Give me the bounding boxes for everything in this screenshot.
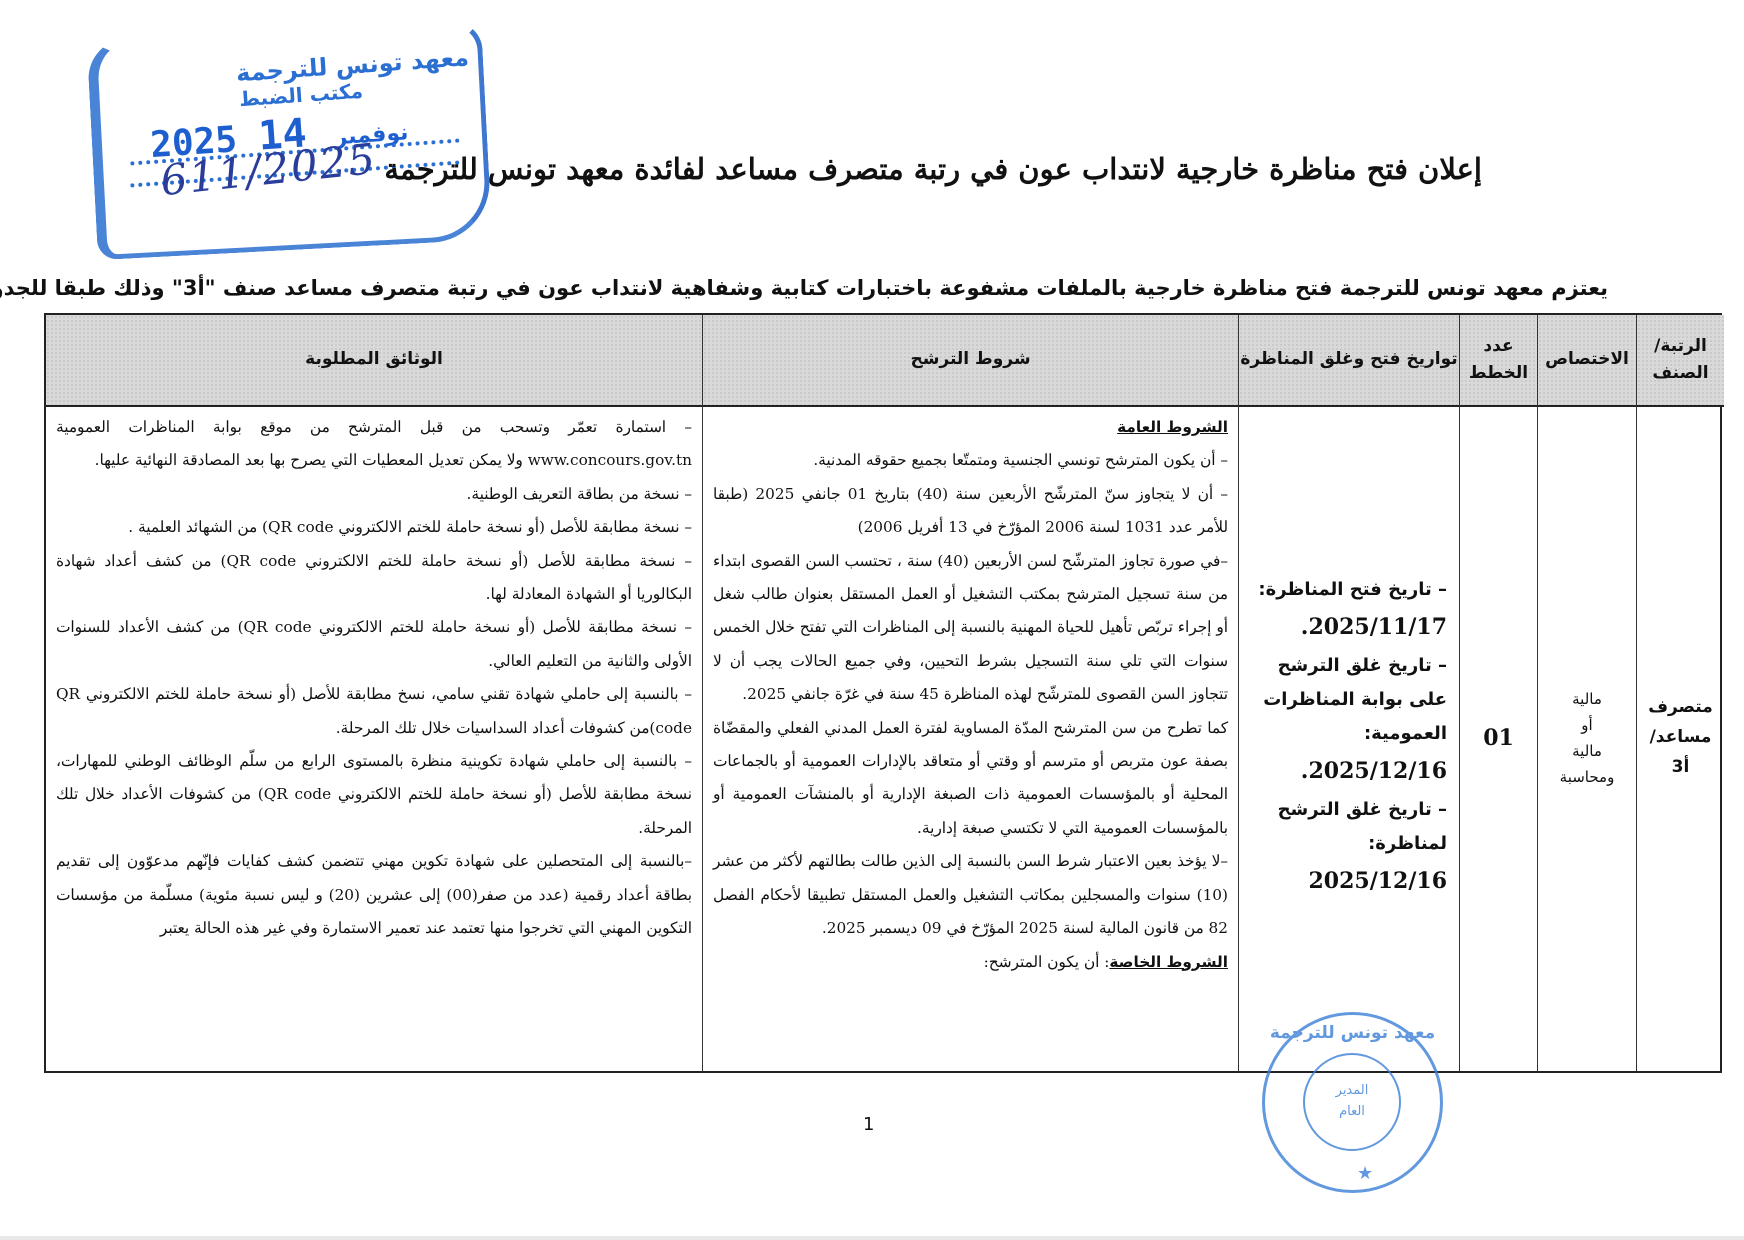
condition-item: كما تطرح من سن المترشح المدّة المساوية ل… (713, 712, 1228, 846)
date-value: 2025/11/17. (1251, 607, 1447, 649)
official-round-stamp: معهد تونس للترجمة المدير العام ★ (1262, 1012, 1443, 1193)
cell-positions: 01 (1460, 405, 1537, 1071)
cell-dates: – تاريخ فتح المناظرة: 2025/11/17. – تاري… (1239, 405, 1459, 1071)
document-item: – نسخة من بطاقة التعريف الوطنية. (56, 478, 692, 511)
header-positions: عدد الخطط (1460, 315, 1537, 407)
date-label: – تاريخ غلق الترشح لمناظرة: (1251, 793, 1447, 861)
column-rank: الرتبة/ الصنف متصرف مساعد/ أ3 (1636, 315, 1724, 1071)
stamp-center-line: المدير (1336, 1081, 1369, 1102)
column-documents: الوثائق المطلوبة – استمارة تعمّر وتسحب م… (46, 315, 702, 1071)
star-icon: ★ (1357, 1163, 1373, 1184)
column-specialty: الاختصاص مالية أو مالية ومحاسبة (1537, 315, 1636, 1071)
specialty-line: مالية (1560, 686, 1615, 712)
page-number: 1 (863, 1114, 874, 1135)
cell-specialty: مالية أو مالية ومحاسبة (1538, 405, 1636, 1071)
condition-item: – أن يكون المترشح تونسي الجنسية ومتمتّعا… (713, 444, 1228, 477)
document-item: – نسخة مطابقة للأصل (أو نسخة حاملة للختم… (56, 545, 692, 612)
header-documents: الوثائق المطلوبة (46, 315, 702, 407)
header-dates: تواريخ فتح وغلق المناظرة (1239, 315, 1459, 407)
general-conditions-heading: الشروط العامة (1117, 418, 1228, 436)
rank-line: متصرف (1648, 693, 1713, 723)
document-item: – استمارة تعمّر وتسحب من قبل المترشح من … (56, 411, 692, 478)
cell-rank: متصرف مساعد/ أ3 (1637, 405, 1724, 1071)
column-dates: تواريخ فتح وغلق المناظرة – تاريخ فتح الم… (1238, 315, 1459, 1071)
date-label: – تاريخ غلق الترشح على بوابة المناظرات ا… (1251, 649, 1447, 752)
condition-item: –لا يؤخذ بعين الاعتبار شرط السن بالنسبة … (713, 845, 1228, 945)
cell-documents: – استمارة تعمّر وتسحب من قبل المترشح من … (46, 405, 702, 1071)
cell-conditions: الشروط العامة – أن يكون المترشح تونسي ال… (703, 405, 1238, 1071)
rank-line: مساعد/ (1648, 723, 1713, 753)
special-conditions-heading: الشروط الخاصة (1109, 953, 1228, 971)
special-conditions-text: : أن يكون المترشح: (984, 953, 1110, 971)
header-specialty: الاختصاص (1538, 315, 1636, 407)
rank-line: أ3 (1648, 753, 1713, 783)
header-conditions: شروط الترشح (703, 315, 1238, 407)
scan-edge (0, 1236, 1744, 1240)
competition-table: الرتبة/ الصنف متصرف مساعد/ أ3 الاختصاص م… (44, 313, 1722, 1073)
date-label: – تاريخ فتح المناظرة: (1251, 573, 1447, 607)
document-item: – بالنسبة إلى حاملي شهادة تكوينية منظرة … (56, 745, 692, 845)
specialty-line: ومحاسبة (1560, 764, 1615, 790)
document-page: معهد تونس للترجمة مكتب الضبط 2025 نوفمبر… (0, 0, 1744, 1240)
column-positions: عدد الخطط 01 (1459, 315, 1537, 1071)
stamp-center-line: العام (1339, 1102, 1365, 1123)
header-rank: الرتبة/ الصنف (1637, 315, 1724, 407)
intro-paragraph: يعتزم معهد تونس للترجمة فتح مناظرة خارجي… (0, 276, 1608, 300)
specialty-line: مالية (1560, 738, 1615, 764)
date-value: 2025/12/16 (1251, 861, 1447, 903)
condition-item: – أن لا يتجاوز سنّ المترشّح الأربعين سنة… (713, 478, 1228, 545)
column-conditions: شروط الترشح الشروط العامة – أن يكون المت… (702, 315, 1238, 1071)
document-item: – نسخة مطابقة للأصل (أو نسخة حاملة للختم… (56, 511, 692, 544)
stamp-ring-text: معهد تونس للترجمة (1265, 1023, 1440, 1043)
specialty-line: أو (1560, 712, 1615, 738)
document-item: –بالنسبة إلى المتحصلين على شهادة تكوين م… (56, 845, 692, 945)
condition-item: –في صورة تجاوز المترشّح لسن الأربعين (40… (713, 545, 1228, 712)
stamp-center: المدير العام (1303, 1053, 1401, 1151)
document-item: – بالنسبة إلى حاملي شهادة تقني سامي، نسخ… (56, 678, 692, 745)
page-title: إعلان فتح مناظرة خارجية لانتداب عون في ر… (384, 152, 1482, 186)
positions-count: 01 (1483, 725, 1514, 751)
document-item: – نسخة مطابقة للأصل (أو نسخة حاملة للختم… (56, 611, 692, 678)
date-value: 2025/12/16. (1251, 751, 1447, 793)
